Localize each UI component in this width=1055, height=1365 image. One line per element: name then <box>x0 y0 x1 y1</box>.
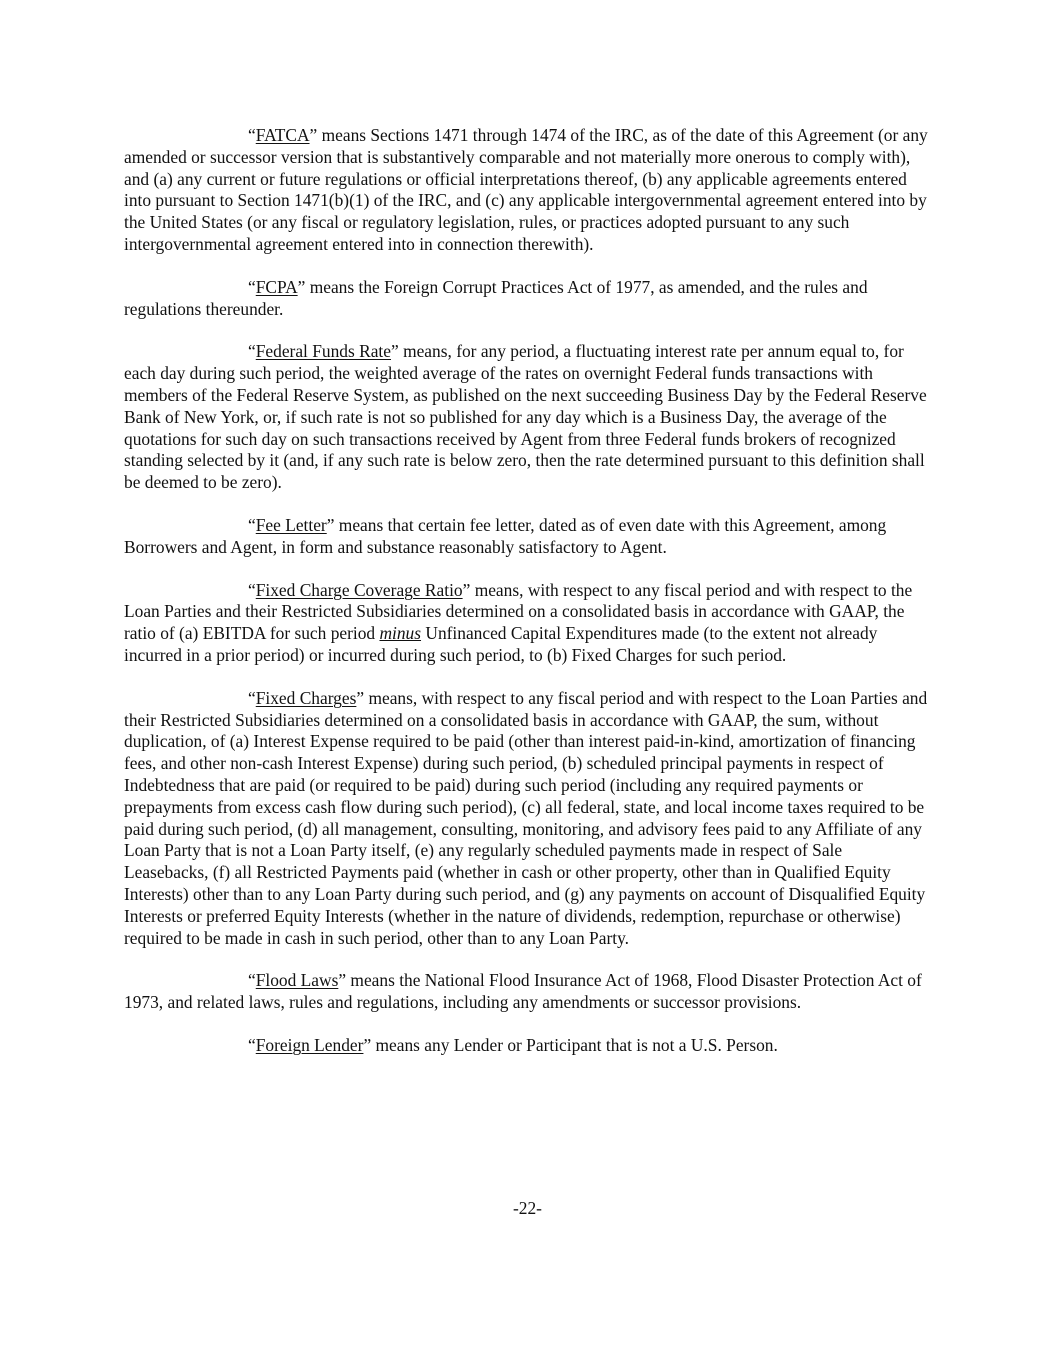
definition-fixed-charge-coverage-ratio: “Fixed Charge Coverage Ratio” means, wit… <box>124 580 929 667</box>
definition-flood-laws: “Flood Laws” means the National Flood In… <box>124 970 929 1014</box>
definition-foreign-lender: “Foreign Lender” means any Lender or Par… <box>124 1035 929 1057</box>
definition-body: means any Lender or Participant that is … <box>371 1035 778 1055</box>
definition-fatca: “FATCA” means Sections 1471 through 1474… <box>124 125 929 256</box>
emphasis-minus: minus <box>379 623 421 643</box>
open-quote: “ <box>248 125 256 145</box>
defined-term-fixed-charge-coverage-ratio: Fixed Charge Coverage Ratio <box>256 580 463 600</box>
definition-body: means, for any period, a fluctuating int… <box>124 341 927 492</box>
close-quote: ” <box>391 341 399 361</box>
defined-term-fatca: FATCA <box>256 125 310 145</box>
defined-term-flood-laws: Flood Laws <box>256 970 339 990</box>
defined-term-fee-letter: Fee Letter <box>256 515 327 535</box>
defined-term-federal-funds-rate: Federal Funds Rate <box>256 341 391 361</box>
document-page: “FATCA” means Sections 1471 through 1474… <box>124 125 929 1078</box>
open-quote: “ <box>248 970 256 990</box>
definition-body: means the National Flood Insurance Act o… <box>124 970 922 1012</box>
defined-term-foreign-lender: Foreign Lender <box>256 1035 364 1055</box>
page-number: -22- <box>0 1198 1055 1220</box>
open-quote: “ <box>248 688 256 708</box>
definition-fcpa: “FCPA” means the Foreign Corrupt Practic… <box>124 277 929 321</box>
open-quote: “ <box>248 580 256 600</box>
open-quote: “ <box>248 277 256 297</box>
open-quote: “ <box>248 1035 256 1055</box>
definition-body: means that certain fee letter, dated as … <box>124 515 886 557</box>
definition-federal-funds-rate: “Federal Funds Rate” means, for any peri… <box>124 341 929 494</box>
definition-fixed-charges: “Fixed Charges” means, with respect to a… <box>124 688 929 950</box>
open-quote: “ <box>248 515 256 535</box>
close-quote: ” <box>356 688 364 708</box>
close-quote: ” <box>338 970 346 990</box>
close-quote: ” <box>363 1035 371 1055</box>
open-quote: “ <box>248 341 256 361</box>
definition-body: means the Foreign Corrupt Practices Act … <box>124 277 868 319</box>
definition-fee-letter: “Fee Letter” means that certain fee lett… <box>124 515 929 559</box>
definition-body: means Sections 1471 through 1474 of the … <box>124 125 928 254</box>
defined-term-fixed-charges: Fixed Charges <box>256 688 357 708</box>
definition-body: means, with respect to any fiscal period… <box>124 688 927 948</box>
defined-term-fcpa: FCPA <box>256 277 298 297</box>
